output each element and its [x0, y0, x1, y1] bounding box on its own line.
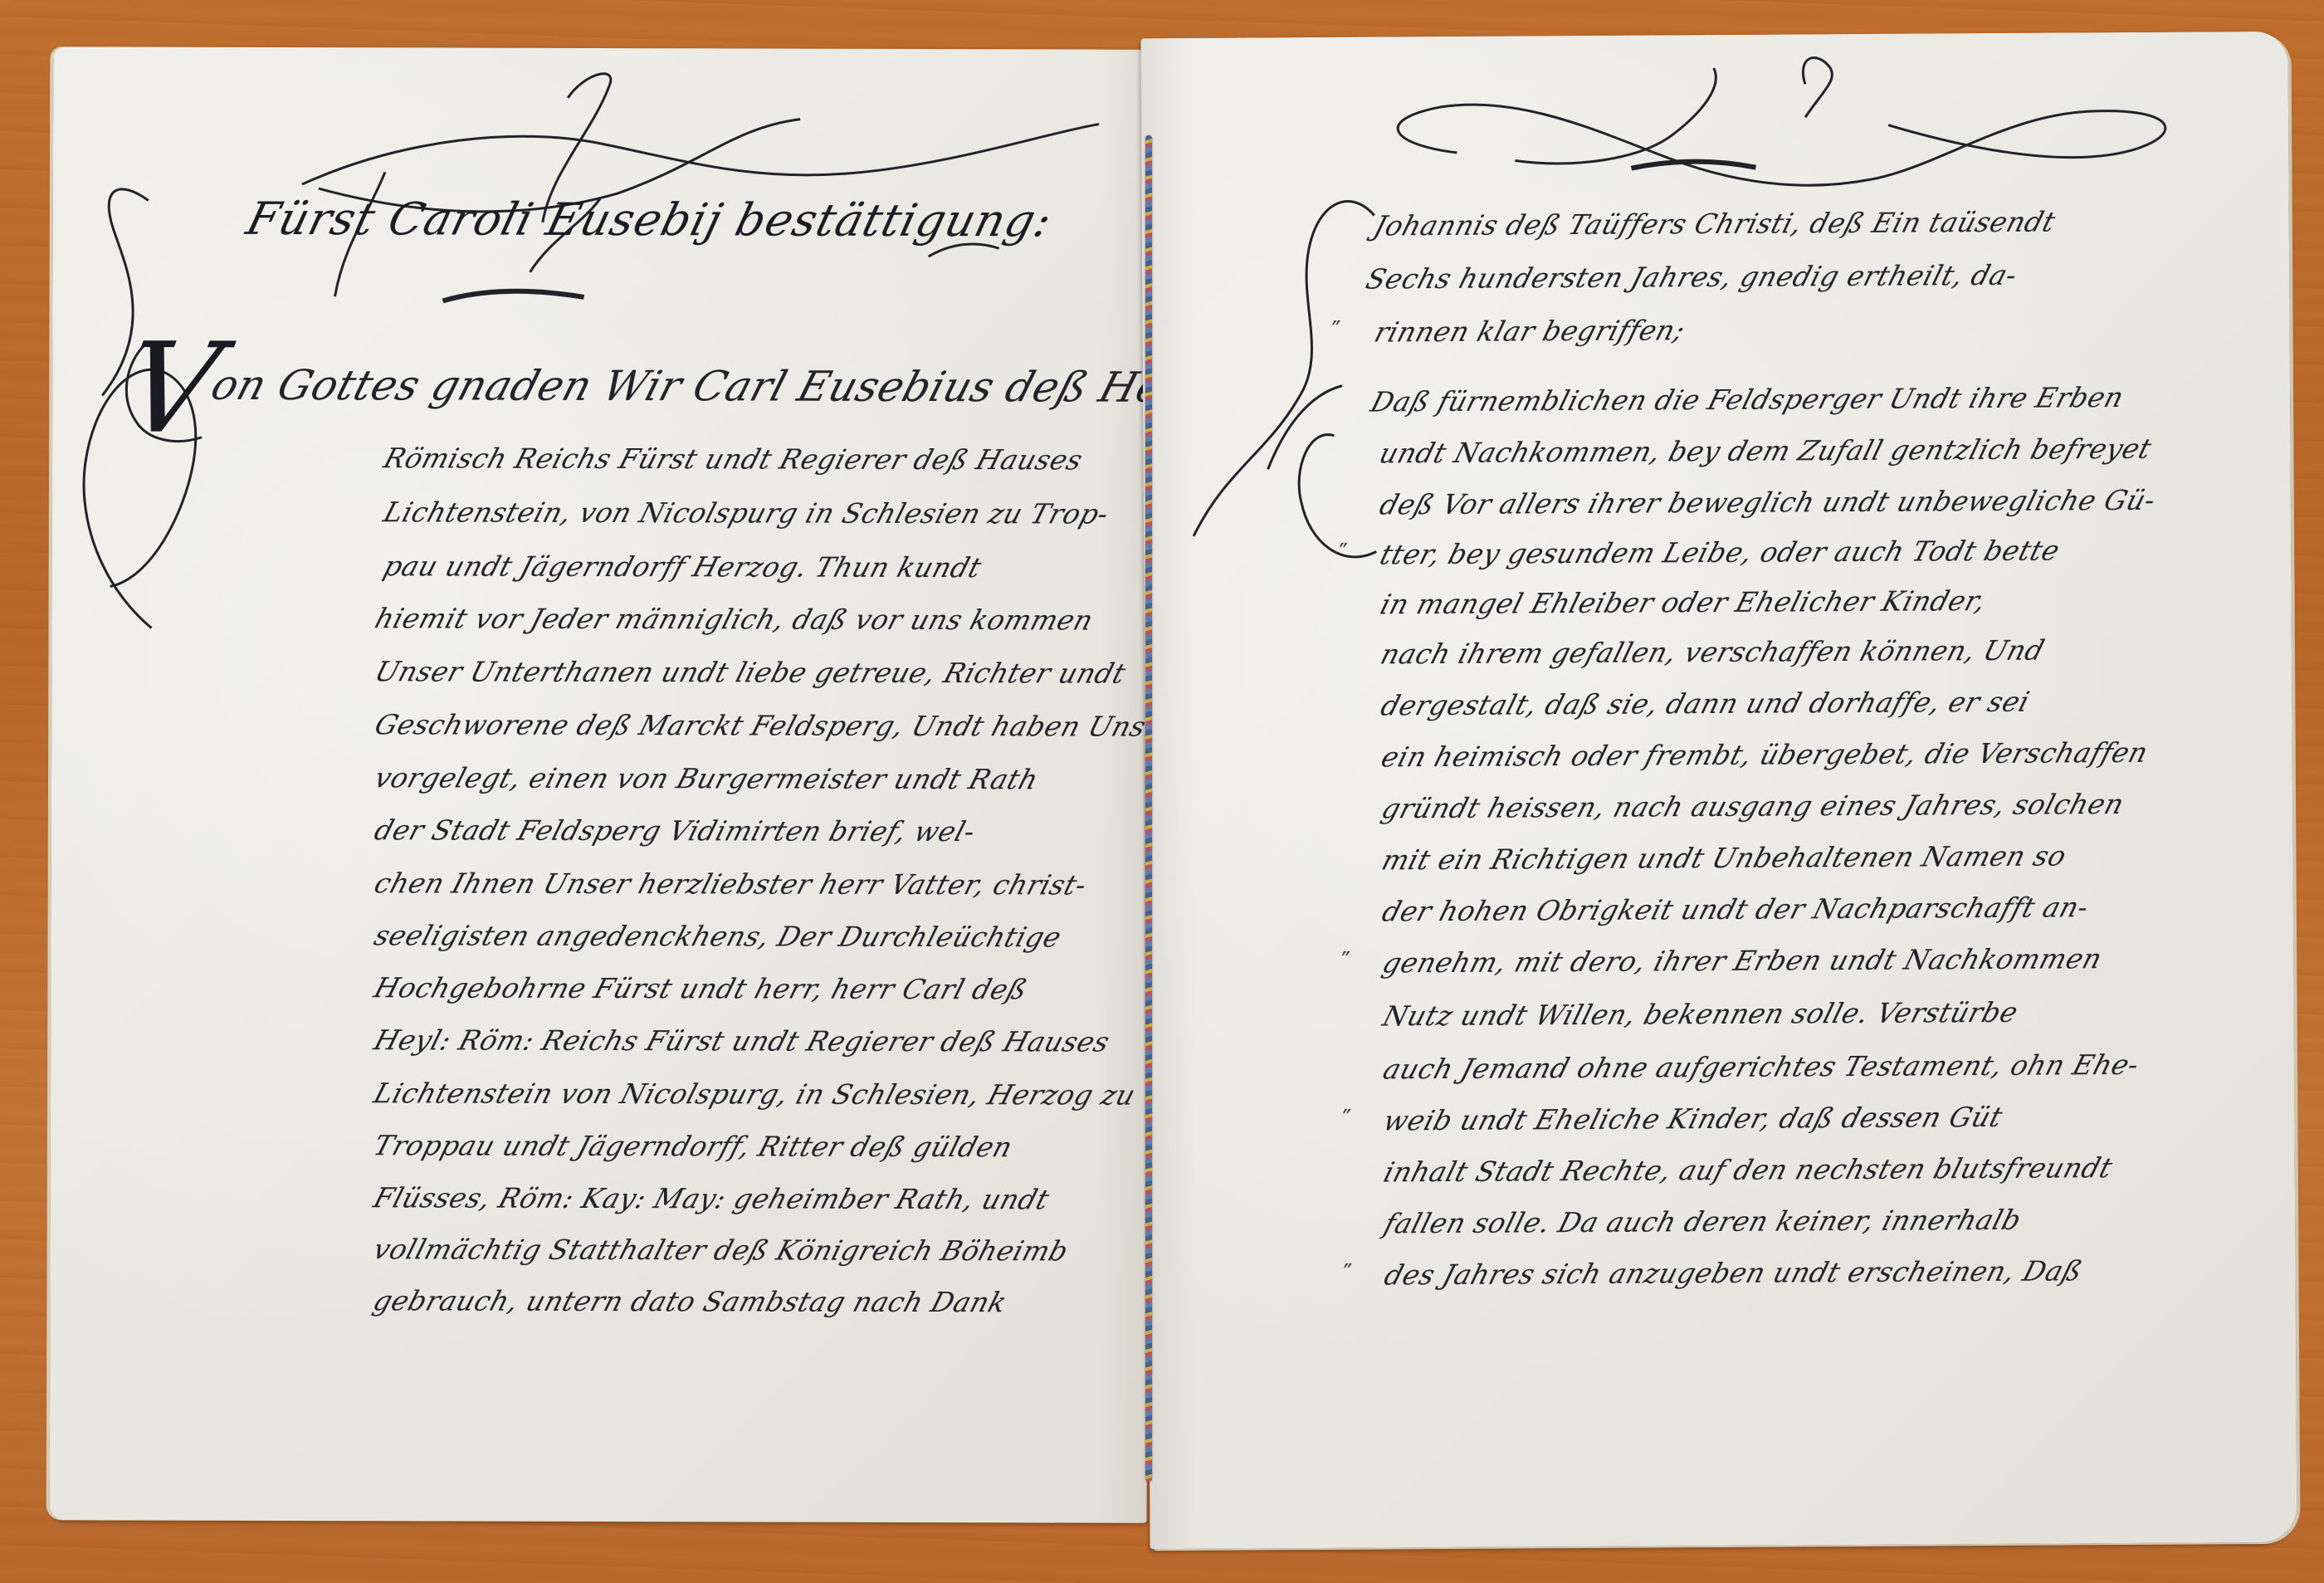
- margin-mark: ″: [1341, 947, 1350, 976]
- text-line: pau undt Jägerndorff Herzog. Thun kundt: [380, 550, 986, 584]
- text-line: Lichtenstein, von Nicolspurg in Schlesie…: [380, 496, 1113, 530]
- text-line: Geschworene deß Marckt Feldsperg, Undt h…: [371, 708, 1150, 742]
- margin-mark: ″: [1343, 1259, 1352, 1288]
- text-line: gründt heissen, nach ausgang eines Jahre…: [1378, 788, 2127, 825]
- text-line: rinnen klar begriffen;: [1371, 314, 1689, 348]
- text-line: inhalt Stadt Rechte, auf den nechsten bl…: [1380, 1151, 2116, 1188]
- text-line: Römisch Reichs Fürst undt Regierer deß H…: [380, 442, 1086, 476]
- text-line: chen Ihnen Unser herzliebster herr Vatte…: [371, 867, 1091, 901]
- text-line: Unser Unterthanen undt liebe getreue, Ri…: [371, 655, 1130, 689]
- text-line: fallen solle. Da auch deren keiner, inne…: [1380, 1204, 2025, 1240]
- text-line: on Gottes gnaden Wir Carl Eusebius deß H…: [206, 361, 1150, 412]
- text-line: mit ein Richtigen undt Unbehaltenen Name…: [1379, 839, 2071, 876]
- text-line: Heyl: Röm: Reichs Fürst undt Regierer de…: [370, 1024, 1114, 1058]
- text-line: gebrauch, untern dato Sambstag nach Dank: [369, 1284, 1010, 1318]
- text-line: dergestalt, daß sie, dann und dorhaffe, …: [1377, 686, 2033, 722]
- binding-thread: [1145, 135, 1152, 1482]
- margin-mark: ″: [1332, 316, 1341, 345]
- text-line: vorgelegt, einen von Burgermeister undt …: [371, 761, 1042, 795]
- text-line: undt Nachkommen, bey dem Zufall gentzlic…: [1376, 432, 2156, 470]
- text-line: ein heimisch oder frembt, übergebet, die…: [1378, 736, 2152, 774]
- text-line: hiemit vor Jeder männiglich, daß vor uns…: [371, 602, 1096, 636]
- text-line: der Stadt Feldsperg Vidimirten brief, we…: [371, 813, 979, 848]
- text-line: Daß fürnemblichen die Feldsperger Undt i…: [1367, 381, 2127, 418]
- calligraphic-flourish-icon: [1140, 32, 2291, 619]
- text-line: Flüsses, Röm: Kay: May: geheimber Rath, …: [370, 1181, 1053, 1215]
- text-line: des Jahres sich anzugeben undt erscheine…: [1381, 1254, 2087, 1291]
- text-line: Sechs hundersten Jahres, gnedig ertheilt…: [1362, 259, 2021, 296]
- text-line: Troppau undt Jägerndorff, Ritter deß gül…: [370, 1129, 1017, 1163]
- left-page: Fürst Caroli Eusebij bestättigung: V on …: [50, 46, 1151, 1522]
- text-line: auch Jemand ohne aufgerichtes Testament,…: [1379, 1048, 2143, 1086]
- document-title: Fürst Caroli Eusebij bestättigung:: [242, 193, 1057, 247]
- text-line: der hohen Obrigkeit undt der Nachparscha…: [1379, 891, 2092, 927]
- text-line: in mangel Ehleiber oder Ehelicher Kinder…: [1377, 584, 1990, 621]
- text-line: Johannis deß Taüffers Christi, deß Ein t…: [1370, 205, 2059, 242]
- text-line: Lichtenstein von Nicolspurg, in Schlesie…: [370, 1077, 1140, 1111]
- text-line: tter, bey gesundem Leibe, oder auch Todt…: [1376, 534, 2063, 570]
- text-line: deß Vor allers ihrer beweglich undt unbe…: [1376, 484, 2160, 521]
- text-line: nach ihrem gefallen, verschaffen können,…: [1377, 634, 2048, 671]
- text-line: Nutz undt Willen, bekennen solle. Verstü…: [1379, 996, 2022, 1033]
- right-page: Johannis deß Taüffers Christi, deß Ein t…: [1140, 32, 2297, 1549]
- text-line: genehm, mit dero, ihrer Erben undt Nachk…: [1379, 942, 2106, 979]
- text-line: weib undt Eheliche Kinder, daß dessen Gü…: [1380, 1101, 2007, 1137]
- text-line: seeligisten angedenckhens, Der Durchleüc…: [370, 919, 1065, 953]
- text-line: Hochgebohrne Fürst undt herr, herr Carl …: [370, 971, 1031, 1005]
- margin-mark: ″: [1339, 539, 1348, 568]
- text-line: vollmächtig Statthalter deß Königreich B…: [369, 1233, 1072, 1267]
- margin-mark: ″: [1342, 1105, 1351, 1134]
